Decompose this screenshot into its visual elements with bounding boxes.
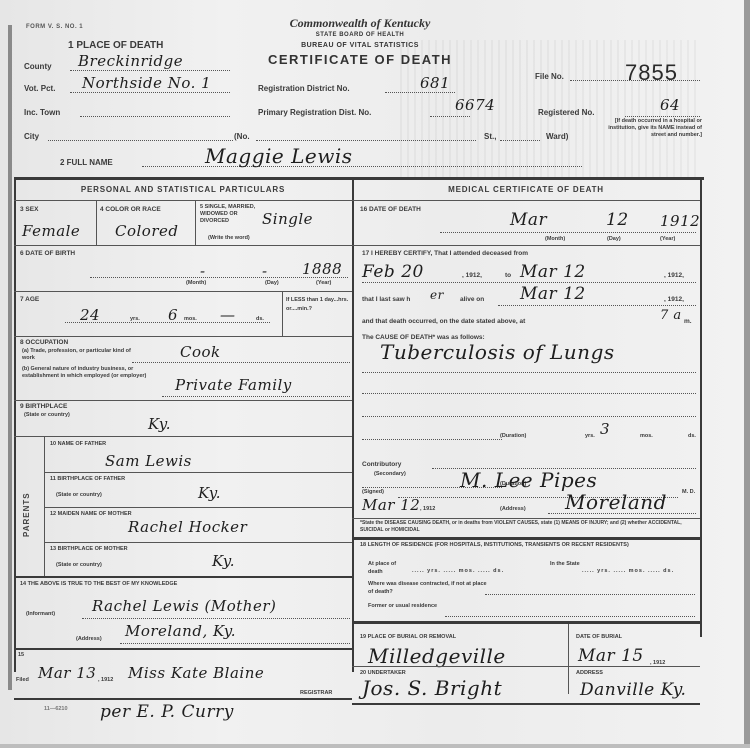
duration-mos-label: mos.	[640, 433, 653, 439]
birthplace-hint: (State or country)	[24, 412, 70, 418]
sex-value: Female	[22, 222, 80, 240]
informant-address-line	[120, 643, 350, 644]
rule	[14, 436, 352, 437]
marital-status-label: 5 SINGLE, MARRIED, WIDOWED OR DIVORCED	[200, 204, 260, 225]
occurred-suffix: m.	[684, 318, 692, 325]
attended-to-value: Mar 12	[520, 262, 586, 282]
father-birthplace-value: Ky.	[198, 484, 221, 502]
rule	[352, 518, 700, 519]
duration-label: (Duration)	[500, 433, 526, 439]
cause-of-death-value: Tuberculosis of Lungs	[380, 340, 615, 364]
dob-day-value: -	[262, 262, 268, 280]
vot-pct-value: Northside No. 1	[82, 74, 211, 92]
age-months-value: 6	[168, 306, 178, 324]
month-caption: (Month)	[545, 236, 565, 242]
registration-district-label: Registration District No.	[258, 84, 350, 93]
hospital-note: [If death occurred in a hospital or inst…	[600, 118, 702, 139]
months-caption: mos.	[184, 316, 197, 322]
divider	[282, 291, 283, 336]
mother-birthplace-hint: (State or country)	[56, 562, 102, 568]
informant-line	[82, 618, 350, 619]
divider	[96, 200, 97, 245]
registrar-label: REGISTRAR	[300, 690, 332, 696]
age-years-value: 24	[80, 306, 100, 324]
sex-label: 3 SEX	[20, 206, 38, 213]
scan-edge-right	[744, 0, 750, 748]
undertaker-address-label: ADDRESS	[576, 670, 603, 676]
form-top-rule	[14, 177, 704, 180]
rule	[14, 336, 352, 337]
city-line	[48, 140, 233, 141]
rule	[14, 698, 352, 700]
registration-district-value: 681	[420, 74, 450, 92]
dod-year-value: 1912	[660, 212, 700, 230]
registrar-value: Miss Kate Blaine	[128, 664, 264, 682]
occurred-label: and that death occurred, on the date sta…	[362, 318, 525, 325]
personal-section-title: PERSONAL AND STATISTICAL PARTICULARS	[14, 185, 352, 194]
rule	[14, 400, 352, 401]
last-saw-line	[498, 305, 696, 306]
vot-pct-line	[70, 92, 230, 93]
cause-line-3	[362, 416, 696, 417]
registered-number-label: Registered No.	[538, 108, 594, 117]
informant-label: (Informant)	[26, 611, 55, 617]
attended-from-value: Feb 20	[362, 262, 424, 282]
less-than-day-label: If LESS than 1 day...hrs. or....min.?	[286, 296, 350, 314]
physician-address-label: (Address)	[500, 506, 526, 512]
divider	[195, 200, 196, 245]
filed-date-value: Mar 13	[38, 664, 96, 682]
rule	[44, 507, 352, 508]
scan-edge-bottom	[0, 744, 750, 748]
duration-ds-label: ds.	[688, 433, 696, 439]
county-line	[70, 70, 230, 71]
inc-town-line	[80, 116, 230, 117]
year-caption: (Year)	[316, 280, 331, 286]
in-state-fields: ..... yrs. ..... mos. ..... ds.	[582, 568, 674, 574]
rule	[14, 291, 352, 292]
dod-day-value: 12	[606, 210, 629, 230]
filing-number: 15	[18, 652, 24, 658]
attended-line	[362, 282, 696, 283]
file-number-label: File No.	[535, 72, 564, 81]
parents-side-label: PARENTS	[22, 470, 42, 560]
signed-label: (Signed)	[362, 489, 384, 495]
birthplace-label: 9 BIRTHPLACE	[20, 403, 67, 410]
last-saw-label: that I last saw h	[362, 296, 410, 303]
date-of-death-label: 16 DATE OF DEATH	[360, 206, 421, 213]
former-residence-label: Former or usual residence	[368, 602, 448, 610]
medical-section-title: MEDICAL CERTIFICATE OF DEATH	[352, 185, 700, 194]
attended-from-year: , 1912,	[462, 272, 482, 279]
inc-town-label: Inc. Town	[24, 108, 60, 117]
duration-yrs-value: 3	[600, 420, 610, 438]
form-footer-code: 11—6210	[44, 706, 68, 712]
filed-year: , 1912	[98, 677, 113, 683]
duration-line	[362, 439, 502, 440]
mother-birthplace-label: 13 BIRTHPLACE OF MOTHER	[50, 546, 130, 553]
rule	[352, 537, 700, 540]
at-place-label: At place of death	[368, 560, 408, 576]
vot-pct-label: Vot. Pct.	[24, 84, 55, 93]
dob-month-value: -	[200, 262, 206, 280]
birthplace-value: Ky.	[148, 415, 171, 433]
true-statement-label: 14 THE ABOVE IS TRUE TO THE BEST OF MY K…	[20, 581, 177, 587]
mother-birthplace-value: Ky.	[212, 552, 235, 570]
mother-name-value: Rachel Hocker	[128, 518, 247, 536]
dod-month-value: Mar	[510, 210, 547, 230]
contracted-line	[485, 594, 695, 595]
divider	[568, 624, 569, 694]
registrar-per-value: per E. P. Curry	[100, 702, 234, 722]
file-number-value: 7855	[625, 60, 678, 86]
form-right-border	[700, 177, 702, 637]
days-caption: ds.	[256, 316, 264, 322]
rule	[352, 200, 700, 201]
trade-value: Cook	[180, 343, 221, 361]
registered-number-value: 64	[660, 96, 680, 114]
day-caption: (Day)	[607, 236, 621, 242]
street-line	[256, 140, 476, 141]
rule	[14, 200, 352, 201]
scan-edge-left	[8, 25, 12, 690]
divider	[44, 436, 45, 576]
filed-label: Filed	[16, 677, 29, 683]
form-center-divider	[352, 177, 354, 672]
signed-date-value: Mar 12	[362, 496, 420, 514]
rule	[14, 576, 352, 578]
ward-label: Ward)	[546, 132, 568, 141]
years-caption: yrs.	[130, 316, 140, 322]
physician-address-value: Moreland	[565, 490, 667, 514]
burial-date-value: Mar 15	[578, 646, 644, 666]
dob-year-value: 1888	[302, 260, 342, 278]
father-birthplace-label: 11 BIRTHPLACE OF FATHER	[50, 476, 130, 483]
death-certificate: FORM V. S. NO. 1 Commonwealth of Kentuck…	[0, 0, 750, 748]
form-left-border	[14, 177, 16, 672]
color-race-value: Colored	[115, 222, 179, 240]
county-label: County	[24, 62, 52, 71]
industry-value: Private Family	[175, 376, 292, 394]
rule	[352, 703, 700, 705]
signed-year: , 1912	[420, 506, 435, 512]
rule	[44, 472, 352, 473]
in-state-label: In the State	[550, 560, 580, 568]
county-value: Breckinridge	[78, 52, 183, 70]
cause-line-2	[362, 393, 696, 394]
physician-signature: M. Lee Pipes	[460, 468, 597, 492]
at-place-fields: ..... yrs. ..... mos. ..... ds.	[412, 568, 504, 574]
rule	[352, 245, 700, 246]
day-caption: (Day)	[265, 280, 279, 286]
burial-date-label: DATE OF BURIAL	[576, 634, 622, 640]
marital-status-hint: (Write the word)	[208, 235, 250, 241]
mother-name-label: 12 MAIDEN NAME OF MOTHER	[50, 511, 140, 518]
place-of-death-label: 1 PLACE OF DEATH	[68, 40, 163, 51]
father-name-value: Sam Lewis	[105, 452, 192, 470]
year-caption: (Year)	[660, 236, 675, 242]
certify-text: 17 I HEREBY CERTIFY, That I attended dec…	[362, 250, 528, 257]
contributory-label: Contributory	[362, 461, 401, 468]
rule	[44, 542, 352, 543]
rule	[352, 666, 700, 667]
primary-registration-line	[430, 116, 470, 117]
primary-registration-label: Primary Registration Dist. No.	[258, 108, 371, 117]
former-residence-line	[445, 616, 695, 617]
full-name-value: Maggie Lewis	[205, 144, 353, 168]
occurred-time: 7 a	[660, 308, 682, 323]
father-birthplace-hint: (State or country)	[56, 492, 102, 498]
md-label: M. D.	[682, 489, 695, 495]
alive-on-label: alive on	[460, 296, 484, 303]
to-label: to	[505, 272, 511, 279]
st-label: St.,	[484, 132, 496, 141]
last-saw-pronoun: er	[430, 288, 444, 302]
industry-label: (b) General nature of industry business,…	[22, 366, 162, 380]
burial-place-value: Milledgeville	[368, 644, 506, 668]
duration-yrs-label: yrs.	[585, 433, 595, 439]
primary-registration-value: 6674	[455, 96, 495, 114]
father-name-label: 10 NAME OF FATHER	[50, 441, 110, 448]
last-saw-year: , 1912,	[664, 296, 684, 303]
trade-line	[132, 362, 350, 363]
age-label: 7 AGE	[20, 296, 39, 303]
cause-line-1	[362, 372, 696, 373]
full-name-label: 2 FULL NAME	[60, 158, 113, 167]
attended-to-year: , 1912,	[664, 272, 684, 279]
month-caption: (Month)	[186, 280, 206, 286]
date-of-death-line	[440, 232, 696, 233]
rule	[352, 621, 700, 624]
bureau-title: BUREAU OF VITAL STATISTICS	[250, 42, 470, 49]
informant-value: Rachel Lewis (Mother)	[92, 597, 276, 615]
ward-line	[500, 140, 540, 141]
residence-title: 18 LENGTH OF RESIDENCE (FOR HOSPITALS, I…	[360, 542, 698, 549]
marital-status-value: Single	[262, 210, 313, 228]
contracted-label: Where was disease contracted, if not at …	[368, 580, 488, 596]
no-label: (No.	[234, 132, 250, 141]
undertaker-value: Jos. S. Bright	[362, 676, 502, 700]
commonwealth-title: Commonwealth of Kentucky	[250, 16, 470, 31]
undertaker-address-value: Danville Ky.	[580, 680, 686, 700]
occupation-label: 8 OCCUPATION	[20, 339, 68, 346]
burial-place-label: 19 PLACE OF BURIAL OR REMOVAL	[360, 634, 456, 640]
informant-address-value: Moreland, Ky.	[125, 622, 236, 640]
trade-label: (a) Trade, profession, or particular kin…	[22, 348, 132, 362]
rule	[14, 245, 352, 246]
registration-district-line	[385, 92, 455, 93]
board-title: STATE BOARD OF HEALTH	[250, 32, 470, 38]
rule	[14, 648, 352, 650]
cause-footnote: *State the DISEASE CAUSING DEATH, or in …	[360, 520, 698, 534]
registered-number-line	[625, 116, 700, 117]
informant-address-label: (Address)	[76, 636, 102, 642]
age-days-value: —	[220, 306, 236, 324]
date-of-birth-label: 6 DATE OF BIRTH	[20, 250, 75, 257]
last-saw-date: Mar 12	[520, 284, 586, 304]
city-label: City	[24, 132, 39, 141]
industry-line	[162, 396, 350, 397]
contributory-hint: (Secondary)	[374, 471, 406, 477]
certificate-title: CERTIFICATE OF DEATH	[250, 52, 470, 67]
color-race-label: 4 COLOR OR RACE	[100, 206, 161, 213]
form-number: FORM V. S. NO. 1	[26, 24, 83, 30]
